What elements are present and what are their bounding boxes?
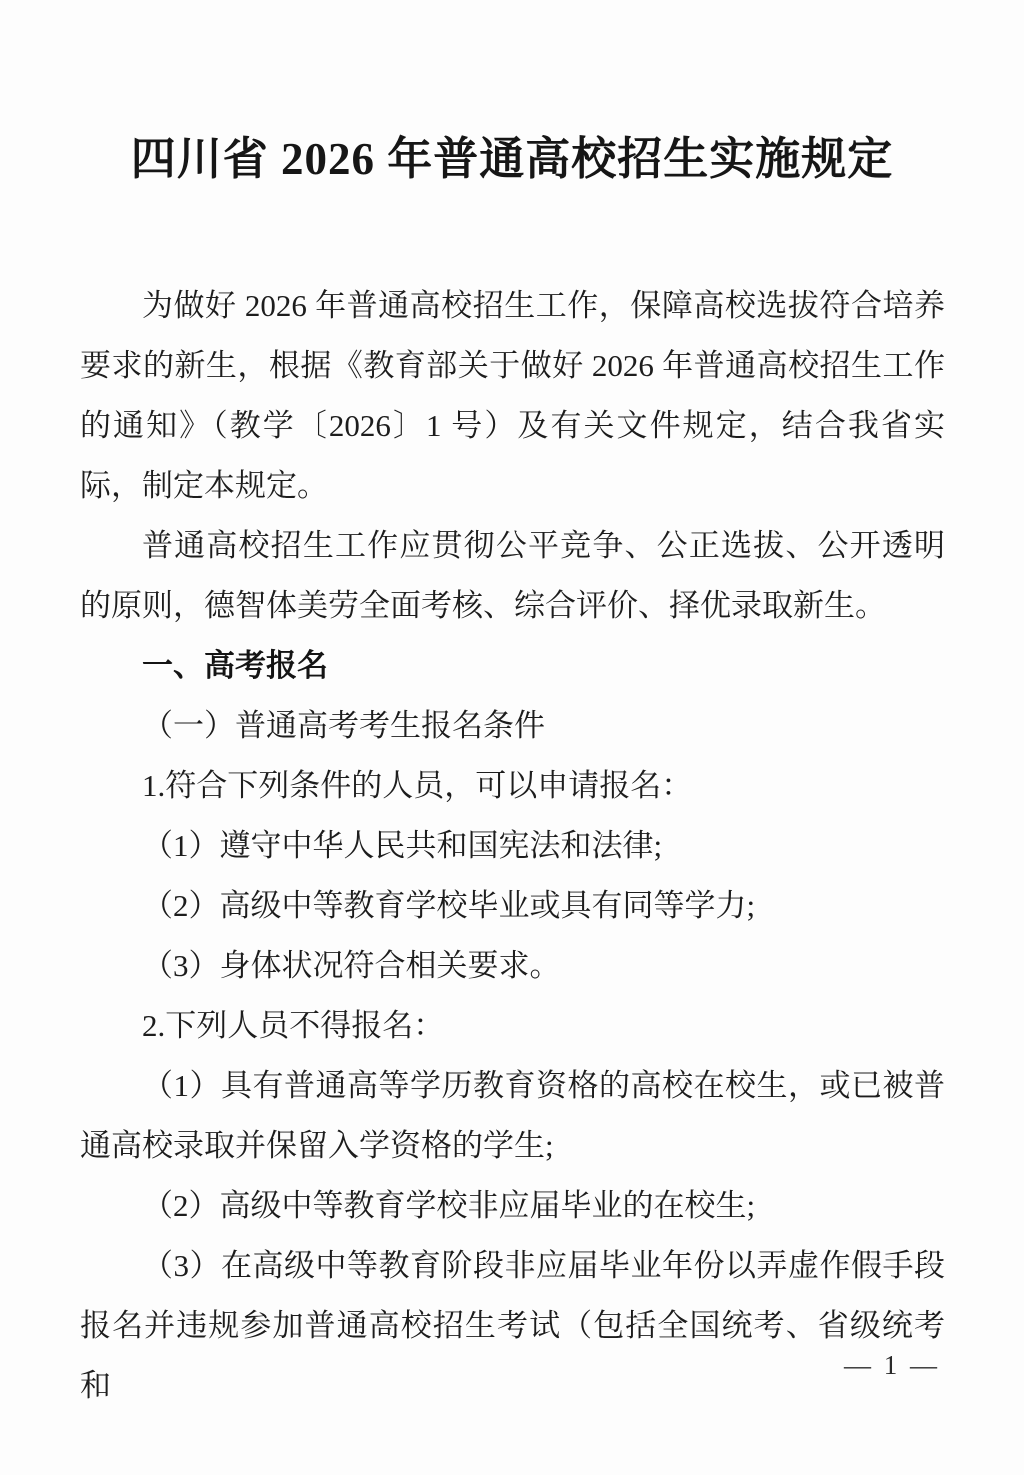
- item-1-1-constitution-law: （1）遵守中华人民共和国宪法和法律;: [80, 816, 945, 876]
- document-title: 四川省 2026 年普通高校招生实施规定: [0, 0, 1024, 190]
- item-1-3-physical-condition: （3）身体状况符合相关要求。: [80, 936, 945, 996]
- paragraph-principles: 普通高校招生工作应贯彻公平竞争、公正选拔、公开透明的原则，德智体美劳全面考核、综…: [80, 516, 945, 636]
- page-number: — 1 —: [844, 1350, 940, 1381]
- section-heading-gaokao-registration: 一、高考报名: [80, 636, 945, 696]
- item-1-eligible-applicants: 1.符合下列条件的人员，可以申请报名：: [80, 756, 945, 816]
- item-2-2-non-graduating-students: （2）高级中等教育学校非应届毕业的在校生;: [80, 1176, 945, 1236]
- subsection-registration-conditions: （一）普通高考考生报名条件: [80, 696, 945, 756]
- document-body: 为做好 2026 年普通高校招生工作，保障高校选拔符合培养要求的新生，根据《教育…: [80, 276, 945, 1416]
- item-1-2-secondary-education: （2）高级中等教育学校毕业或具有同等学力;: [80, 876, 945, 936]
- paragraph-preamble: 为做好 2026 年普通高校招生工作，保障高校选拔符合培养要求的新生，根据《教育…: [80, 276, 945, 516]
- item-2-ineligible-applicants: 2.下列人员不得报名：: [80, 996, 945, 1056]
- item-2-3-fraudulent-registration: （3）在高级中等教育阶段非应届毕业年份以弄虚作假手段报名并违规参加普通高校招生考…: [80, 1236, 945, 1416]
- document-page: 四川省 2026 年普通高校招生实施规定 为做好 2026 年普通高校招生工作，…: [0, 0, 1024, 1475]
- item-2-1-enrolled-college-students: （1）具有普通高等学历教育资格的高校在校生，或已被普通高校录取并保留入学资格的学…: [80, 1056, 945, 1176]
